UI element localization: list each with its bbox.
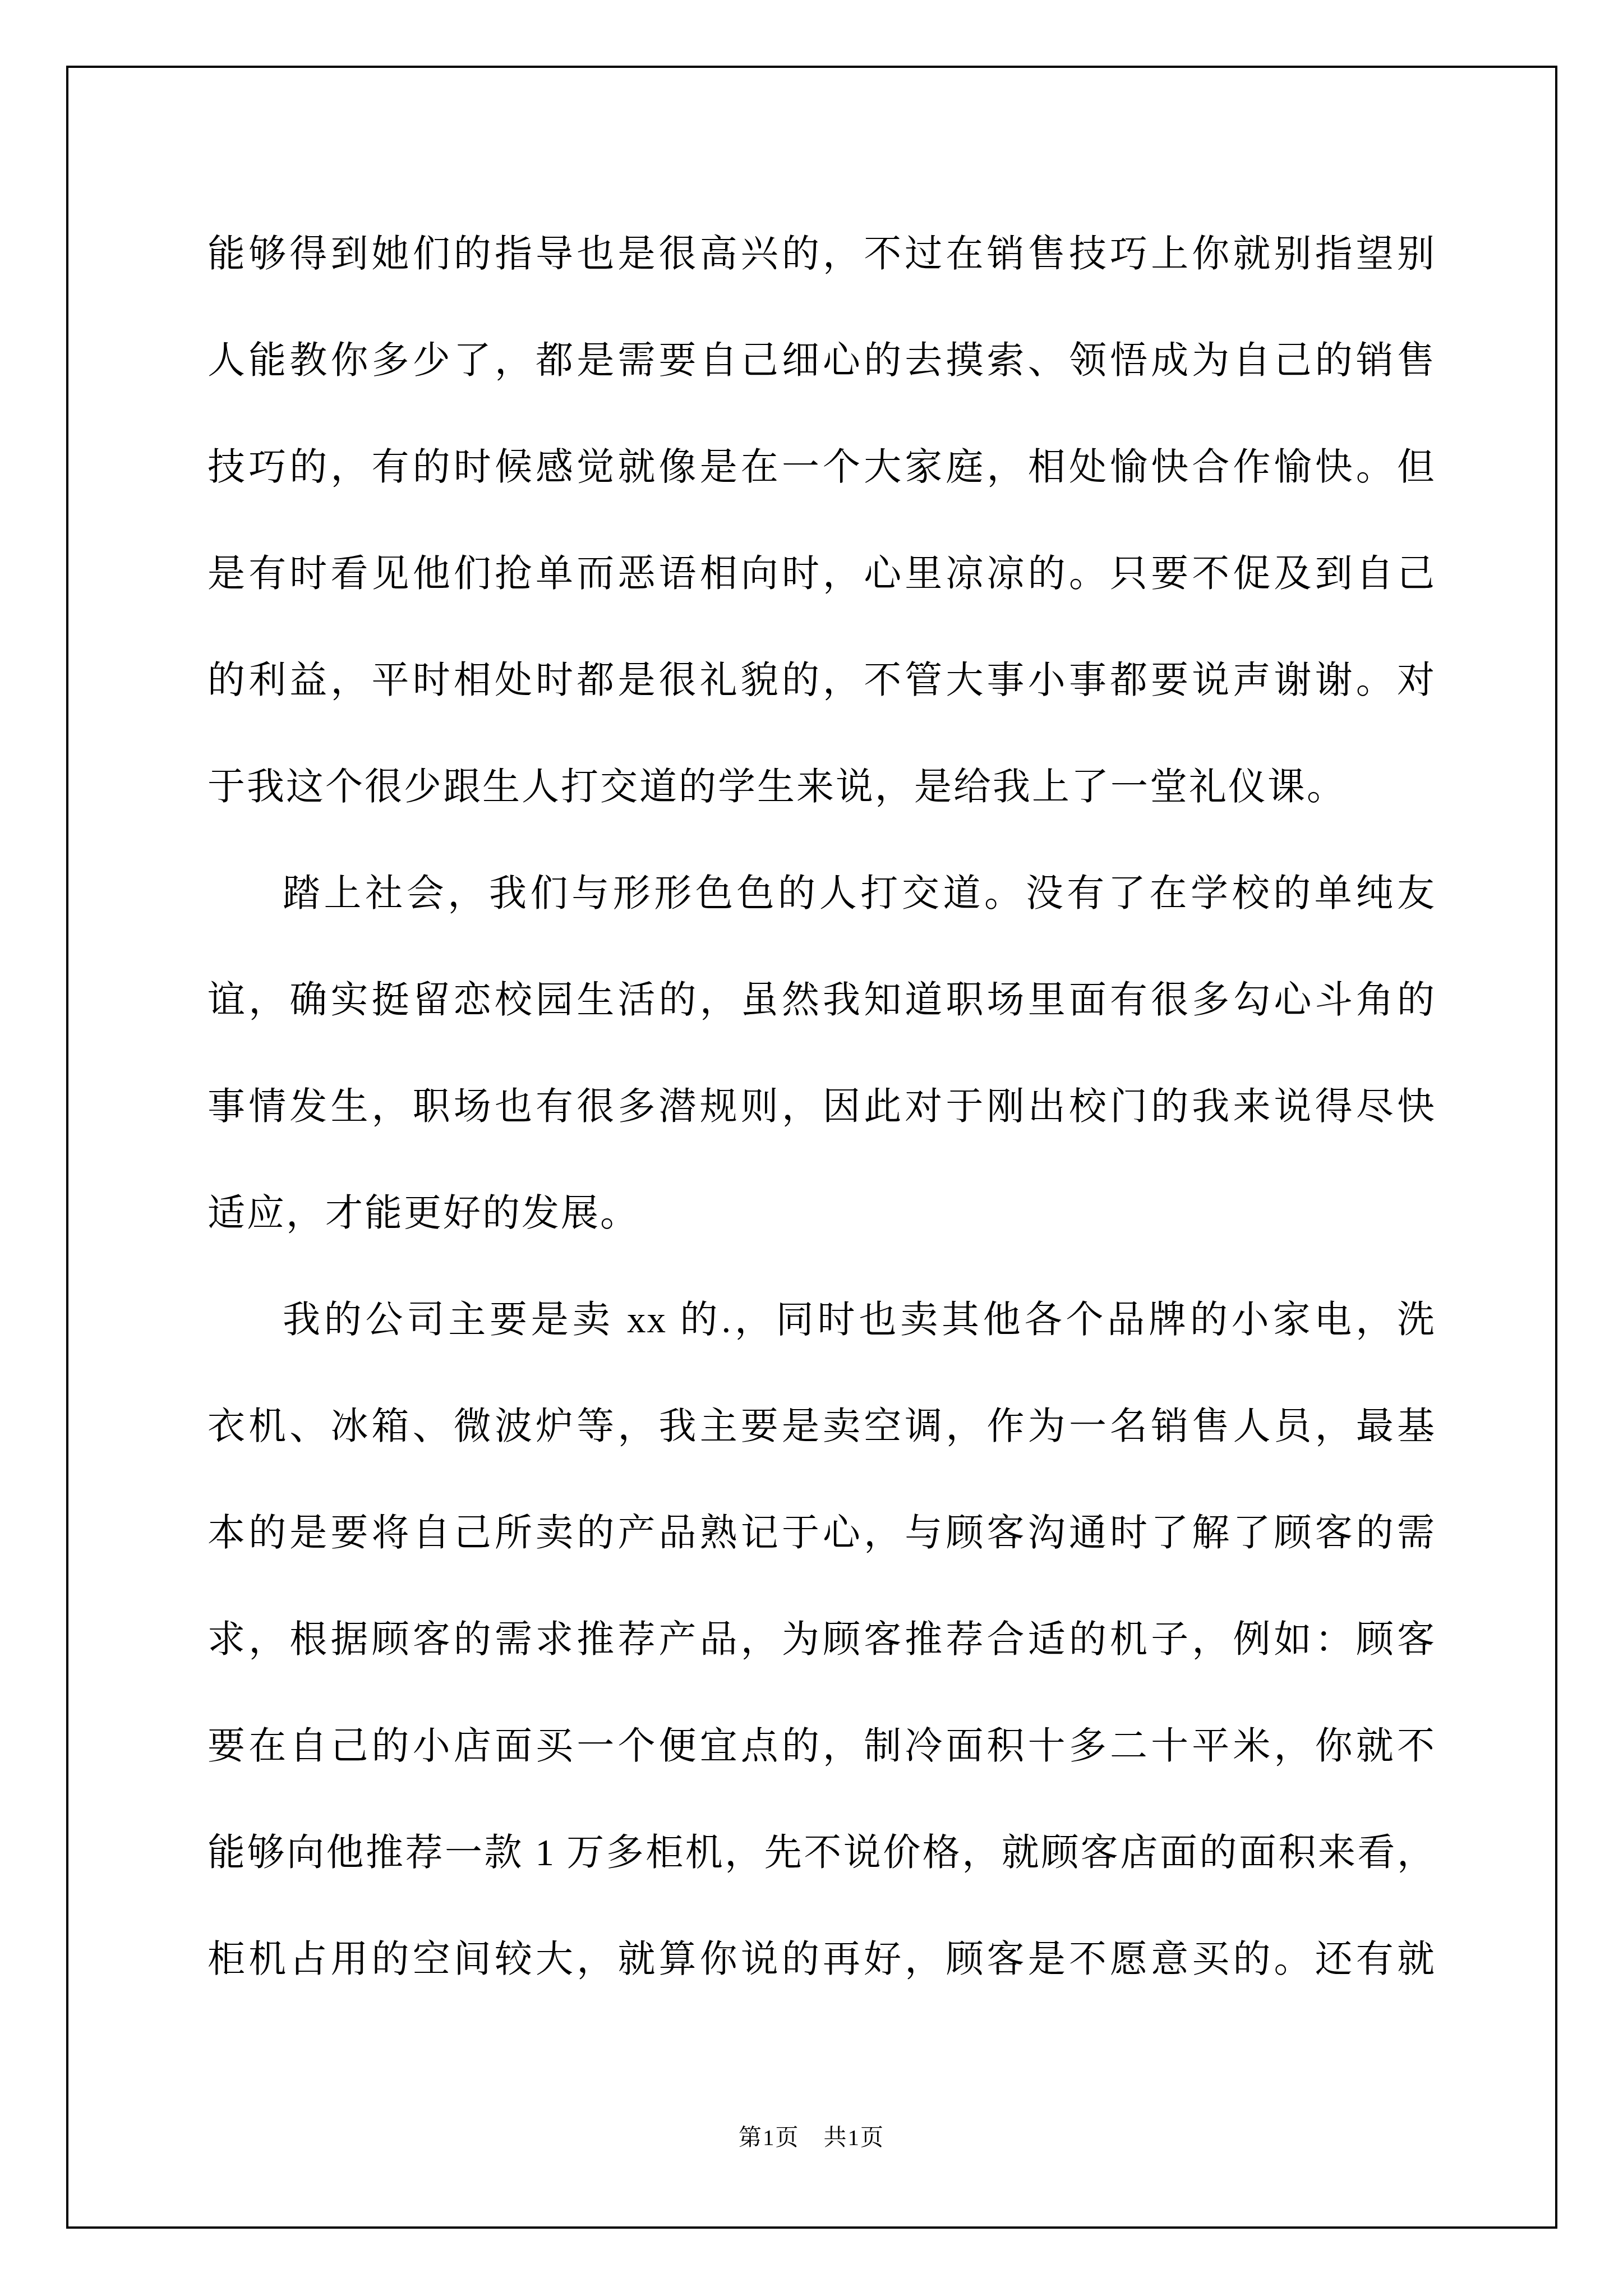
text-line: 技巧的，有的时候感觉就像是在一个大家庭，相处愉快合作愉快。但 bbox=[208, 414, 1436, 521]
text-line: 事情发生，职场也有很多潜规则，因此对于刚出校门的我来说得尽快 bbox=[208, 1053, 1436, 1160]
document-body: 能够得到她们的指导也是很高兴的，不过在销售技巧上你就别指望别 人能教你多少了，都… bbox=[208, 201, 1436, 2013]
text-line: 柜机占用的空间较大，就算你说的再好，顾客是不愿意买的。还有就 bbox=[208, 1906, 1436, 2013]
text-line: 能够向他推荐一款 1 万多柜机，先不说价格，就顾客店面的面积来看， bbox=[208, 1800, 1436, 1906]
text-line: 踏上社会，我们与形形色色的人打交道。没有了在学校的单纯友 bbox=[208, 840, 1436, 947]
page-footer: 第1页 共1页 bbox=[0, 2122, 1623, 2153]
text-line: 我的公司主要是卖 xx 的.，同时也卖其他各个品牌的小家电，洗 bbox=[208, 1267, 1436, 1373]
text-line: 于我这个很少跟生人打交道的学生来说，是给我上了一堂礼仪课。 bbox=[208, 734, 1436, 840]
text-line: 求，根据顾客的需求推荐产品，为顾客推荐合适的机子，例如：顾客 bbox=[208, 1586, 1436, 1693]
text-line: 人能教你多少了，都是需要自己细心的去摸索、领悟成为自己的销售 bbox=[208, 307, 1436, 414]
text-line: 衣机、冰箱、微波炉等，我主要是卖空调，作为一名销售人员，最基 bbox=[208, 1373, 1436, 1480]
text-line: 本的是要将自己所卖的产品熟记于心，与顾客沟通时了解了顾客的需 bbox=[208, 1480, 1436, 1586]
text-line: 谊，确实挺留恋校园生活的，虽然我知道职场里面有很多勾心斗角的 bbox=[208, 947, 1436, 1053]
text-line: 要在自己的小店面买一个便宜点的，制冷面积十多二十平米，你就不 bbox=[208, 1693, 1436, 1800]
text-line: 能够得到她们的指导也是很高兴的，不过在销售技巧上你就别指望别 bbox=[208, 201, 1436, 307]
text-line: 的利益，平时相处时都是很礼貌的，不管大事小事都要说声谢谢。对 bbox=[208, 627, 1436, 734]
text-line: 是有时看见他们抢单而恶语相向时，心里凉凉的。只要不促及到自己 bbox=[208, 521, 1436, 627]
text-line: 适应，才能更好的发展。 bbox=[208, 1160, 1436, 1267]
